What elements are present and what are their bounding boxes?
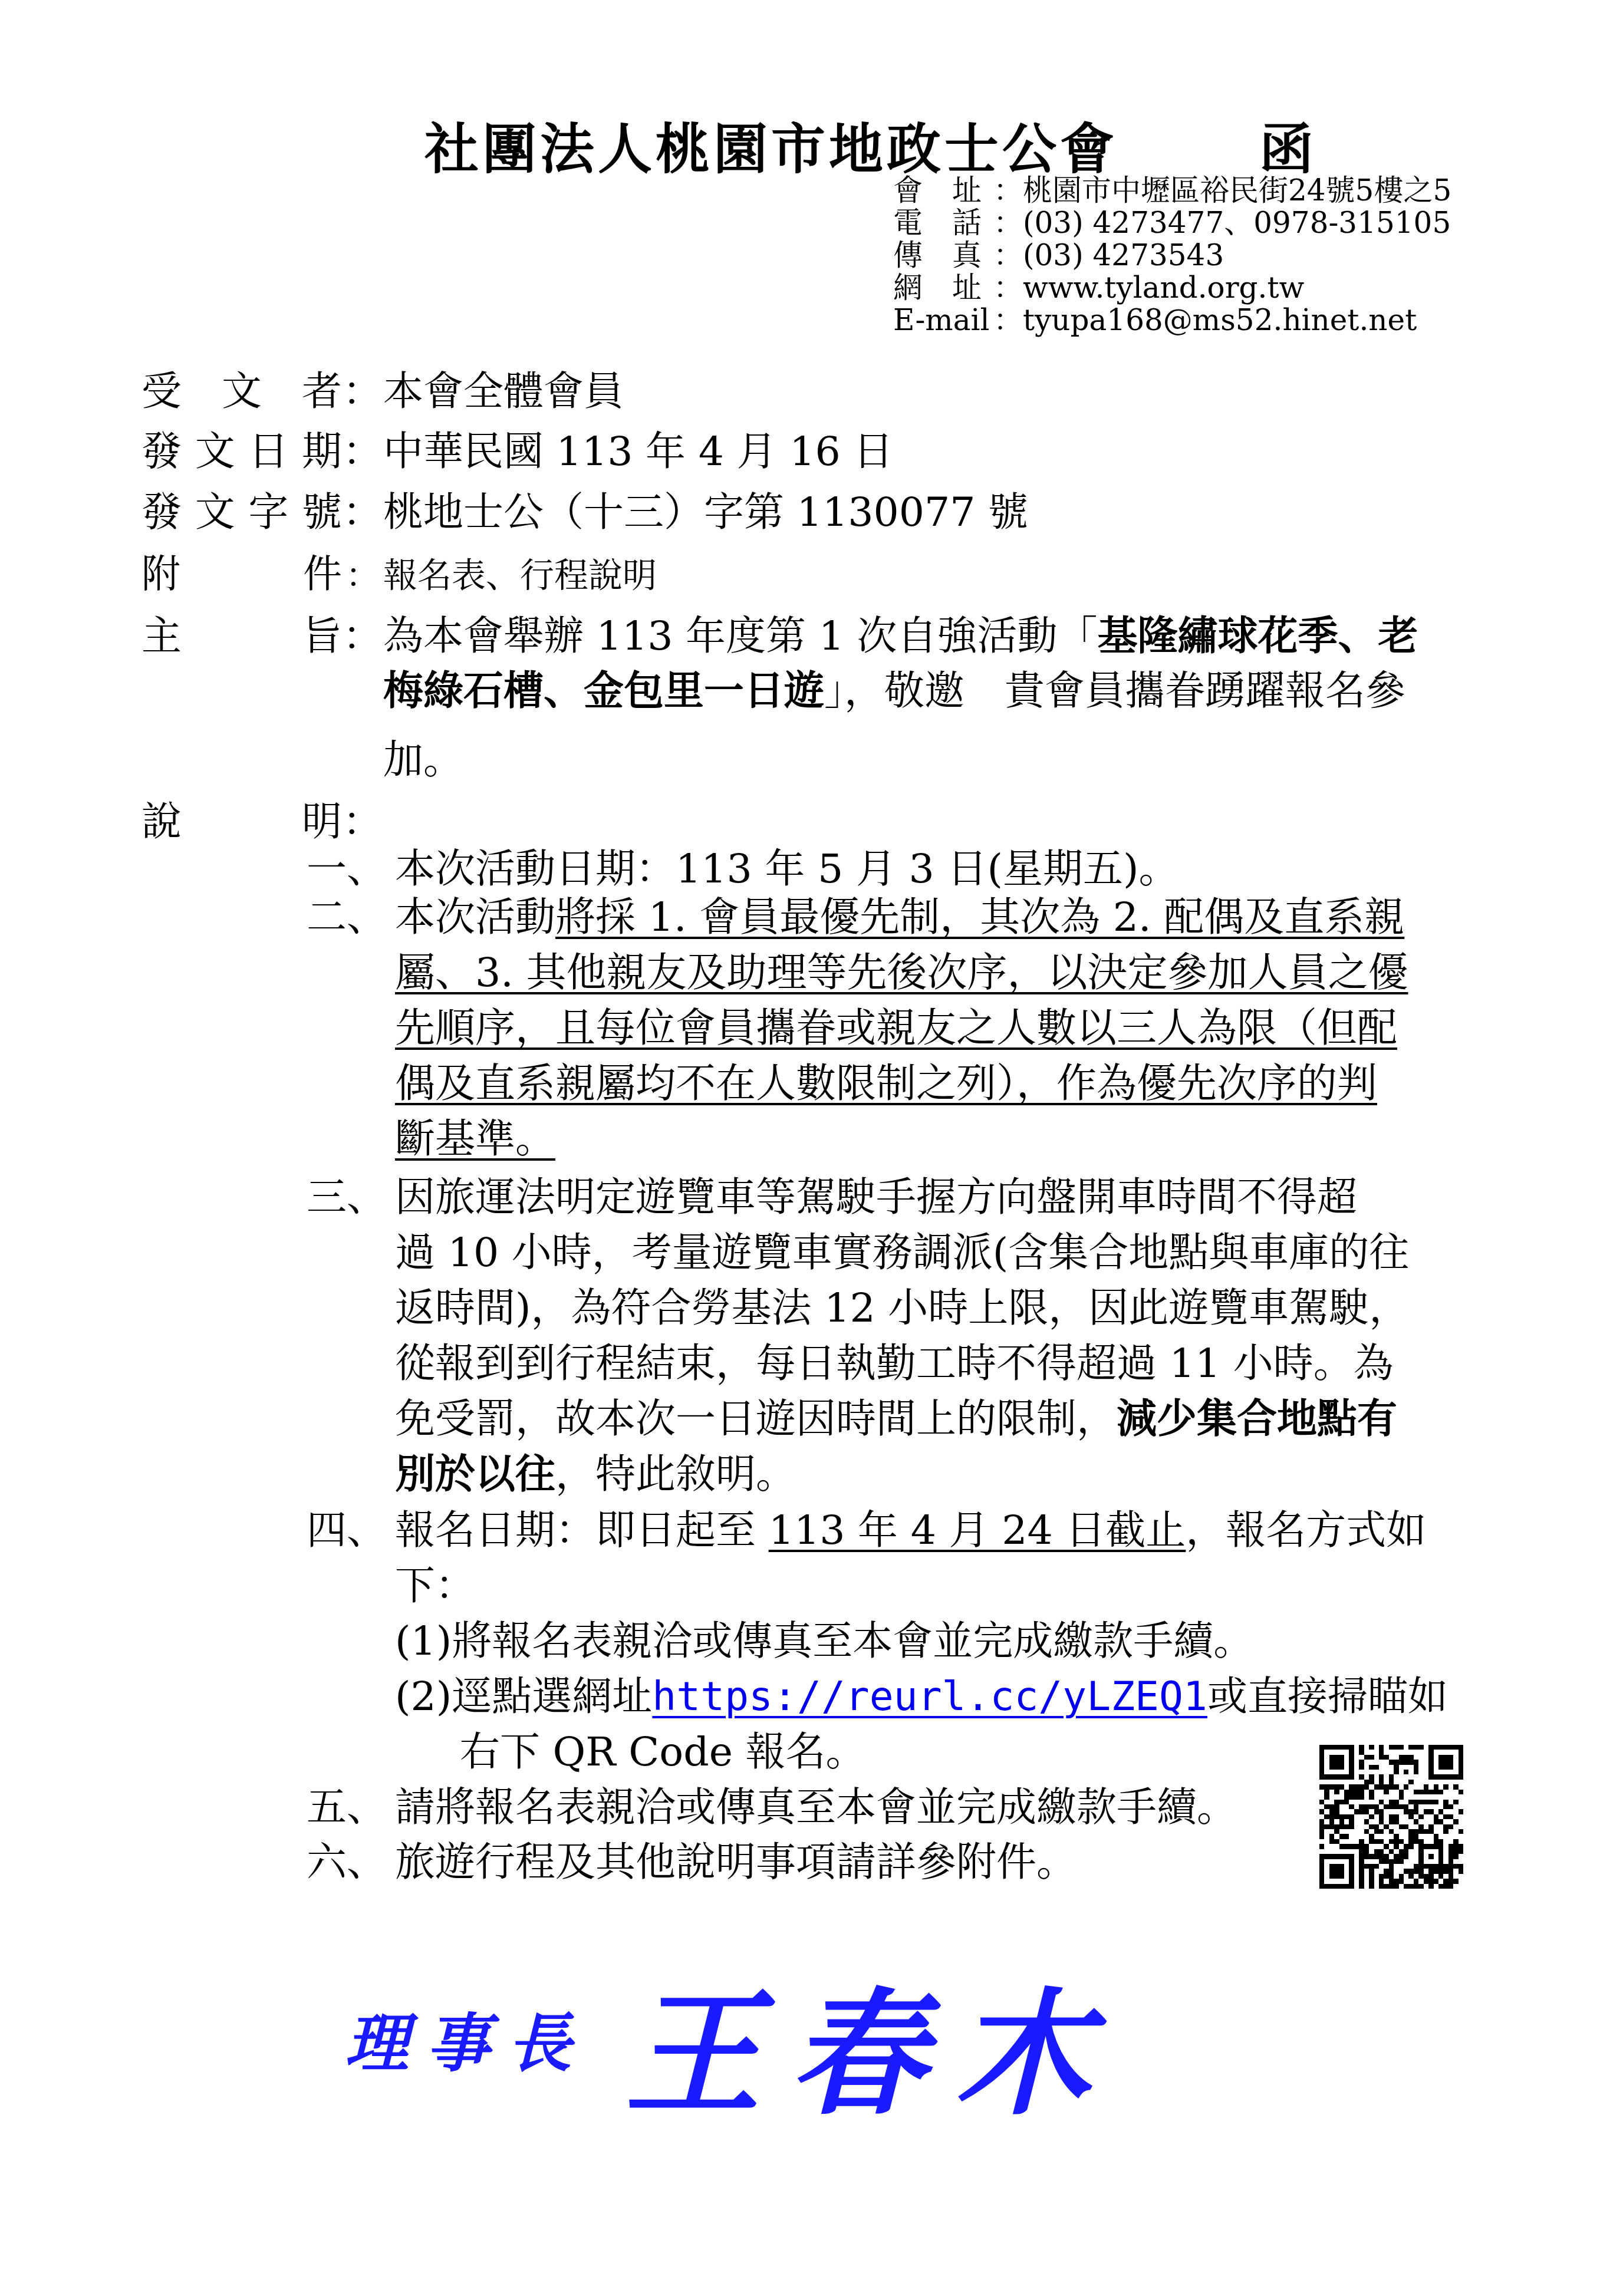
explanation-item-3: 三、因旅運法明定遊覽車等駕駛手握方向盤開車時間不得超 過 10 小時，考量遊覽車…	[307, 1170, 1409, 1503]
field-label: 附件	[141, 542, 342, 598]
explanation-item-1: 一、本次活動日期：113 年 5 月 3 日(星期五)。	[307, 842, 1178, 897]
field-issue-date: 發文日期 ： 中華民國 113 年 4 月 16 日	[141, 420, 893, 477]
field-label: 受文者	[141, 360, 342, 417]
contact-block: 會 址：桃園市中壢區裕民街24號5樓之5 電 話：(03) 4273477、09…	[893, 174, 1451, 337]
subject-line-1: 為本會舉辦 113 年度第 1 次自強活動「基隆繡球花季、老	[383, 604, 1418, 661]
attachment-value: 報名表、行程說明	[383, 548, 657, 597]
signup-method-1: (1)將報名表親洽或傳真至本會並完成繳款手續。	[307, 1614, 1448, 1669]
field-label: 發文字號	[141, 480, 342, 538]
signup-url-link[interactable]: https://reurl.cc/yLZEQ1	[652, 1674, 1207, 1720]
signup-method-2: (2)逕點選網址https://reurl.cc/yLZEQ1或直接掃瞄如	[307, 1669, 1448, 1725]
contact-phone: 電 話：(03) 4273477、0978-315105	[893, 207, 1451, 239]
qr-code-icon[interactable]	[1319, 1745, 1463, 1889]
field-doc-number: 發文字號 ： 桃地士公（十三）字第 1130077 號	[141, 480, 1028, 538]
field-explanation: 說明 ：	[141, 790, 383, 847]
field-subject: 主旨 ： 為本會舉辦 113 年度第 1 次自強活動「基隆繡球花季、老	[141, 604, 1418, 661]
letterhead-title: 社團法人桃園市地政士公會函	[424, 106, 1317, 184]
field-attachment: 附件 ： 報名表、行程說明	[141, 542, 657, 598]
issue-date-value: 中華民國 113 年 4 月 16 日	[383, 420, 893, 477]
doc-number-value: 桃地士公（十三）字第 1130077 號	[383, 480, 1028, 538]
contact-website: 網 址：www.tyland.org.tw	[893, 272, 1451, 304]
doc-type: 函	[1259, 118, 1317, 181]
org-name: 社團法人桃園市地政士公會	[424, 118, 1118, 181]
explanation-item-2: 二、本次活動將採 1. 會員最優先制，其次為 2. 配偶及直系親 屬、3. 其他…	[307, 890, 1408, 1167]
contact-email: E-mail：tyupa168@ms52.hinet.net	[893, 304, 1451, 337]
email-link[interactable]: tyupa168@ms52.hinet.net	[1023, 304, 1417, 337]
subject-line-2: 梅綠石槽、金包里一日遊」，敬邀 貴會員攜眷踴躍報名參	[383, 659, 1405, 716]
field-recipient: 受文者 ： 本會全體會員	[141, 360, 624, 417]
signature-name: 王春木	[625, 1945, 1120, 2140]
contact-address: 會 址：桃園市中壢區裕民街24號5樓之5	[893, 174, 1451, 207]
signature-title: 理事長	[345, 1992, 589, 2084]
contact-fax: 傳 真：(03) 4273543	[893, 239, 1451, 272]
subject-line-3: 加。	[383, 728, 463, 785]
explanation-item-6: 六、旅遊行程及其他說明事項請詳參附件。	[307, 1835, 1076, 1890]
deadline: 113 年 4 月 24 日截止	[769, 1507, 1186, 1554]
recipient-value: 本會全體會員	[383, 360, 624, 417]
field-label: 說明	[141, 790, 342, 847]
field-label: 發文日期	[141, 420, 342, 477]
explanation-item-4: 四、報名日期：即日起至 113 年 4 月 24 日截止，報名方式如 下： (1…	[307, 1503, 1448, 1780]
field-label: 主旨	[141, 604, 342, 661]
explanation-item-5: 五、請將報名表親洽或傳真至本會並完成繳款手續。	[307, 1780, 1237, 1836]
website-link[interactable]: www.tyland.org.tw	[1023, 272, 1304, 304]
